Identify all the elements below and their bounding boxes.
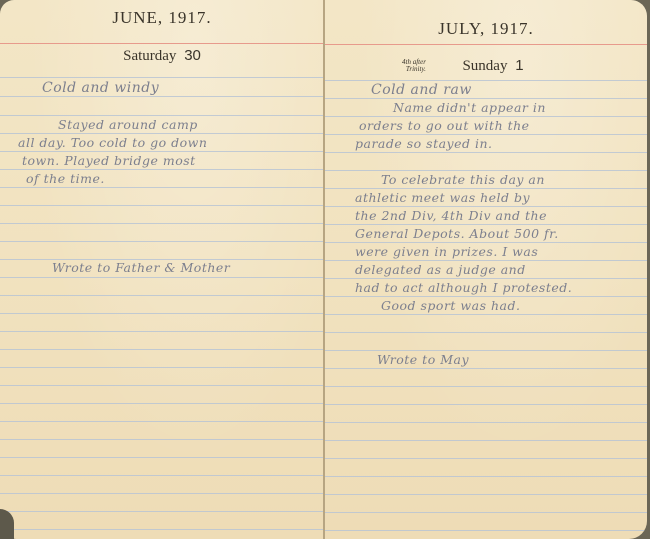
ruled-line <box>325 260 647 261</box>
right-page: JULY, 1917. 4th after Trinity. Sunday 1 <box>325 0 647 539</box>
ruled-line <box>0 169 324 170</box>
ruled-line <box>325 494 647 495</box>
ruled-line <box>325 80 647 81</box>
ruled-line <box>0 367 324 368</box>
ruled-line <box>0 331 324 332</box>
entry-line: parade so stayed in. <box>355 136 493 151</box>
day-number: 1 <box>515 57 523 74</box>
ruled-line <box>0 205 324 206</box>
entry-line: athletic meet was held by <box>355 190 530 205</box>
ruled-line <box>325 512 647 513</box>
ruled-line <box>0 349 324 350</box>
ruled-line <box>0 115 324 116</box>
ruled-line <box>0 133 324 134</box>
ruled-line <box>325 134 647 135</box>
diary-spread: JUNE, 1917. Saturday 30 Cold and wind <box>0 0 650 539</box>
month-header: JULY, 1917. <box>325 19 647 39</box>
ruled-line <box>325 296 647 297</box>
ruled-line <box>325 188 647 189</box>
ruled-line <box>0 241 324 242</box>
red-rule <box>325 44 647 45</box>
entry-line: Cold and windy <box>42 80 159 96</box>
ruled-line <box>325 242 647 243</box>
ruled-line <box>325 476 647 477</box>
day-number: 30 <box>184 47 201 64</box>
entry-line: General Depots. About 500 fr. <box>355 226 559 241</box>
weekday: Sunday <box>462 58 507 74</box>
ruled-line <box>0 295 324 296</box>
month-header: JUNE, 1917. <box>0 8 324 28</box>
day-heading: Saturday 30 <box>0 47 324 65</box>
ruled-line <box>0 187 324 188</box>
ruled-line <box>325 404 647 405</box>
entry-line: Name didn't appear in <box>393 100 546 115</box>
day-heading: Sunday 1 <box>339 57 647 75</box>
entry-line: To celebrate this day an <box>381 172 545 187</box>
ruled-line <box>0 403 324 404</box>
ruled-line <box>325 116 647 117</box>
ruled-line <box>0 457 324 458</box>
entry-line: were given in prizes. I was <box>355 244 538 259</box>
ruled-line <box>325 278 647 279</box>
weekday: Saturday <box>123 48 176 64</box>
red-rule <box>0 43 324 44</box>
ruled-line <box>325 386 647 387</box>
ruled-line <box>325 314 647 315</box>
ruled-line <box>0 277 324 278</box>
ruled-line <box>0 77 324 78</box>
entry-line: orders to go out with the <box>359 118 530 133</box>
entry-line: Cold and raw <box>371 82 472 98</box>
ruled-line <box>325 170 647 171</box>
entry-line: Wrote to Father & Mother <box>52 260 230 275</box>
ruled-line <box>0 151 324 152</box>
ruled-line <box>325 440 647 441</box>
ruled-line <box>0 385 324 386</box>
ruled-line <box>325 422 647 423</box>
ruled-line <box>325 98 647 99</box>
entry-line: the 2nd Div, 4th Div and the <box>355 208 547 223</box>
ruled-line <box>325 152 647 153</box>
ruled-line <box>0 223 324 224</box>
entry-line: Wrote to May <box>377 352 469 367</box>
entry-line: town. Played bridge most <box>22 153 196 168</box>
ruled-line <box>0 511 324 512</box>
ruled-line <box>325 206 647 207</box>
entry-line: of the time. <box>26 171 105 186</box>
entry-line: Stayed around camp <box>58 117 198 132</box>
ruled-line <box>0 475 324 476</box>
left-page: JUNE, 1917. Saturday 30 Cold and wind <box>0 0 324 539</box>
ruled-line <box>325 224 647 225</box>
ruled-line <box>0 96 324 97</box>
ruled-line <box>325 332 647 333</box>
ruled-line <box>0 529 324 530</box>
ruled-line <box>0 439 324 440</box>
ruled-line <box>0 421 324 422</box>
ruled-line <box>325 458 647 459</box>
entry-line: all day. Too cold to go down <box>18 135 207 150</box>
entry-line: had to act although I protested. <box>355 280 572 295</box>
ruled-line <box>0 313 324 314</box>
ruled-line <box>325 350 647 351</box>
ruled-line <box>0 493 324 494</box>
entry-line: delegated as a judge and <box>355 262 526 277</box>
ruled-line <box>325 368 647 369</box>
ruled-line <box>325 530 647 531</box>
entry-line: Good sport was had. <box>381 298 520 313</box>
